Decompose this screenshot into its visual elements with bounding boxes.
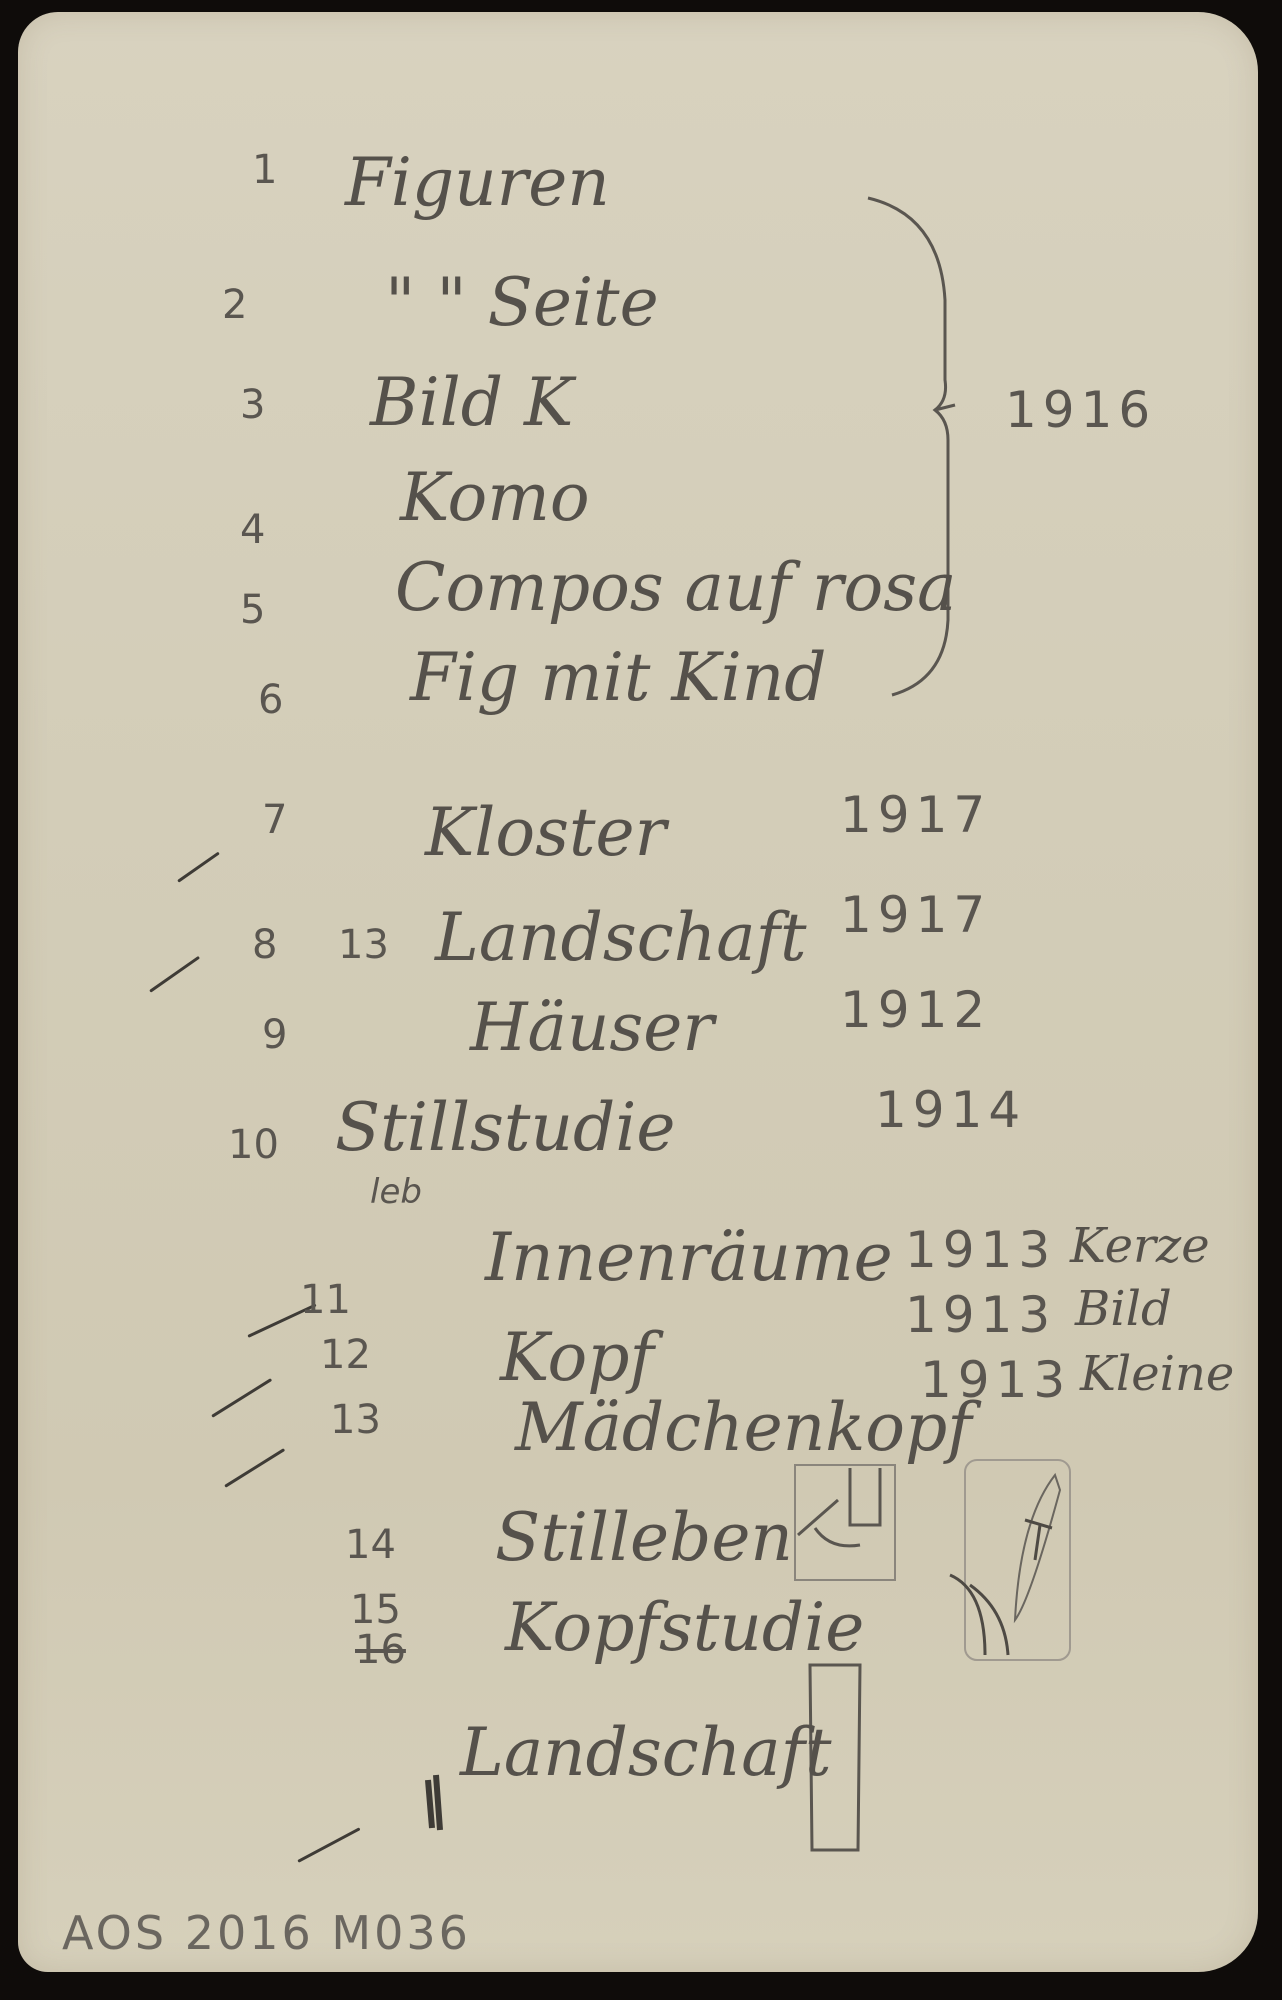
item-note: Bild <box>1075 1285 1172 1333</box>
item-number: 13 <box>330 1400 381 1440</box>
item-number: 14 <box>345 1525 396 1565</box>
item-title: Fig mit Kind <box>410 645 827 711</box>
item-title: Landschaft <box>460 1720 832 1786</box>
item-subnote: leb <box>370 1175 422 1209</box>
item-alt-number: 13 <box>338 925 389 965</box>
item-title: Stilleben <box>495 1505 793 1571</box>
item-title: Innenräume <box>485 1225 893 1291</box>
item-year: 1914 <box>875 1085 1026 1135</box>
item-number: 4 <box>240 510 265 550</box>
item-title: Kloster <box>425 800 666 866</box>
item-number: 3 <box>240 385 265 425</box>
item-struck-number: 16 <box>355 1630 406 1670</box>
group-year: 1916 <box>1005 385 1156 435</box>
item-title: " " Seite <box>385 270 659 336</box>
item-number: 6 <box>258 680 283 720</box>
item-number: 1 <box>252 150 277 190</box>
item-note: Kerze <box>1070 1222 1210 1270</box>
item-number: 7 <box>262 800 287 840</box>
item-title: Häuser <box>470 995 714 1061</box>
item-title: Figuren <box>345 150 610 216</box>
item-year: 1913 <box>905 1290 1056 1340</box>
item-title: Landschaft <box>435 905 807 971</box>
item-year: 1913 <box>920 1355 1071 1405</box>
item-number: 10 <box>228 1125 279 1165</box>
item-title: Komo <box>400 465 590 531</box>
item-number: 2 <box>222 285 247 325</box>
item-year: 1917 <box>840 790 991 840</box>
item-title: Kopf <box>500 1325 654 1391</box>
item-year: 1917 <box>840 890 991 940</box>
item-note: Kleine <box>1080 1350 1234 1398</box>
item-title: Compos auf rosa <box>395 555 956 621</box>
item-number: 8 <box>252 925 277 965</box>
item-year: 1913 <box>905 1225 1056 1275</box>
item-number: 9 <box>262 1015 287 1055</box>
item-title: Stillstudie <box>335 1095 675 1161</box>
catalog-number: AOS 2016 M036 <box>62 1910 471 1956</box>
item-number: 15 <box>350 1590 401 1630</box>
item-number: 12 <box>320 1335 371 1375</box>
item-title: Mädchenkopf <box>515 1395 972 1461</box>
item-title: Bild K <box>370 370 573 436</box>
item-title: Kopfstudie <box>505 1595 864 1661</box>
item-year: 1912 <box>840 985 991 1035</box>
item-number: 11 <box>300 1280 351 1320</box>
item-number: 5 <box>240 590 265 630</box>
